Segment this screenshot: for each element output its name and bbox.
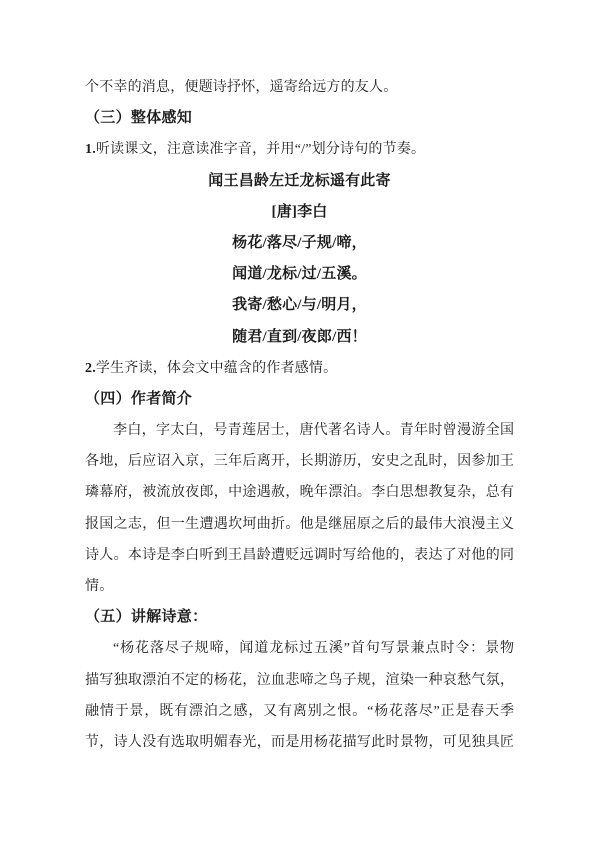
poem-line-3: 我寄/愁心/与/明月， [85,290,514,321]
poem-explain-line-3: 融情于景，既有漂泊之感，又有离别之恨。“杨花落尽”正是春天季 [85,696,514,727]
author-intro-line-1: 李白，字太白，号青莲居士，唐代著名诗人。青年时曾漫游全国 [85,415,514,446]
item-1-text: 听读课文，注意读准字音，并用“/”划分诗句的节奏。 [96,142,425,157]
section-heading-4: （四）作者简介 [85,384,514,415]
section-heading-3: （三）整体感知 [85,103,514,134]
poem-line-2: 闻道/龙标/过/五溪。 [85,259,514,290]
poem-author: [唐]李白 [85,197,514,228]
poem-explain-line-1: “杨花落尽子规啼，闻道龙标过五溪”首句写景兼点时令：景物 [85,633,514,664]
section-heading-5: （五）讲解诗意： [85,602,514,633]
author-intro-line-4: 报国之志，但一生遭遇坎坷曲折。他是继屈原之后的最伟大浪漫主义 [85,509,514,540]
poem-line-4: 随君/直到/夜郎/西！ [85,322,514,353]
paragraph-continuation-line: 个不幸的消息，便题诗抒怀，遥寄给远方的友人。 [85,72,514,103]
author-intro-line-5: 诗人。本诗是李白听到王昌龄遭贬远调时写给他的，表达了对他的同 [85,540,514,571]
author-intro-line-6: 情。 [85,571,514,602]
poem-explain-line-4: 节，诗人没有选取明媚春光，而是用杨花描写此时景物，可见独具匠 [85,727,514,758]
poem-explain-line-2: 描写独取漂泊不定的杨花，泣血悲啼之鸟子规，渲染一种哀愁气氛， [85,665,514,696]
item-2-text: 学生齐读，体会文中蕴含的作者感情。 [96,361,337,376]
author-intro-line-2: 各地，后应诏入京，三年后离开，长期游历，安史之乱时，因参加王 [85,446,514,477]
numbered-item-1: 1.听读课文，注意读准字音，并用“/”划分诗句的节奏。 [85,134,514,165]
page-content: 个不幸的消息，便题诗抒怀，遥寄给远方的友人。 （三）整体感知 1.听读课文，注意… [85,72,514,758]
numbered-item-2: 2.学生齐读，体会文中蕴含的作者感情。 [85,353,514,384]
item-1-number: 1. [85,142,96,157]
item-2-number: 2. [85,361,96,376]
document-page: 个不幸的消息，便题诗抒怀，遥寄给远方的友人。 （三）整体感知 1.听读课文，注意… [0,0,595,842]
poem-line-1: 杨花/落尽/子规/啼， [85,228,514,259]
author-intro-line-3: 璘幕府，被流放夜郎，中途遇赦，晚年漂泊。李白思想教复杂，总有 [85,477,514,508]
poem-title: 闻王昌龄左迁龙标遥有此寄 [85,166,514,197]
